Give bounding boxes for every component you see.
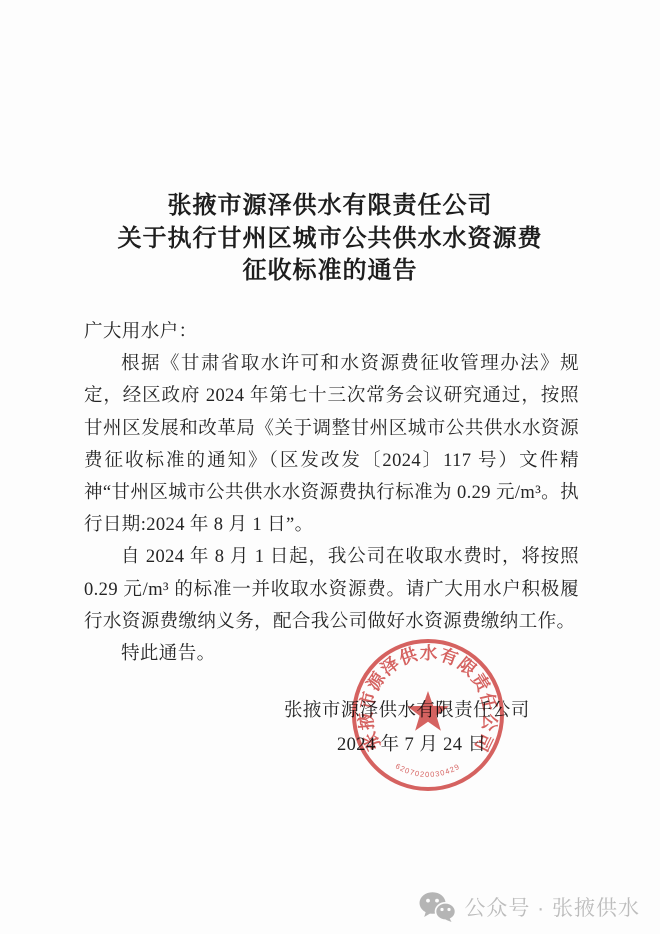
title-notice-type: 征收标准的通告 [0,255,660,288]
signature-date: 2024 年 7 月 24 日 [337,730,486,756]
body-paragraph-2: 自 2024 年 8 月 1 日起，我公司在收取水费时，将按照 0.29 元/m… [84,541,579,638]
seal-number-arc-text: 6207020030429 [394,761,461,779]
salutation: 广大用水户： [84,316,579,348]
body-paragraph-1: 根据《甘肃省取水许可和水资源费征收管理办法》规定，经区政府 2024 年第七十三… [84,348,579,541]
wechat-icon [419,892,456,922]
document-title: 张掖市源泽供水有限责任公司 关于执行甘州区城市公共供水水资源费 征收标准的通告 [0,190,660,288]
closing-line: 特此通告。 [84,638,579,670]
notice-document-page: 张掖市源泽供水有限责任公司 关于执行甘州区城市公共供水水资源费 征收标准的通告 … [0,0,660,934]
watermark-label: 公众号 · 张掖供水 [464,892,640,922]
wechat-watermark: 公众号 · 张掖供水 [419,892,640,922]
title-subject: 关于执行甘州区城市公共供水水资源费 [0,223,660,256]
document-body: 广大用水户： 根据《甘肃省取水许可和水资源费征收管理办法》规定，经区政府 202… [84,316,579,670]
signature-company: 张掖市源泽供水有限责任公司 [284,696,530,722]
title-company-name: 张掖市源泽供水有限责任公司 [0,190,660,223]
